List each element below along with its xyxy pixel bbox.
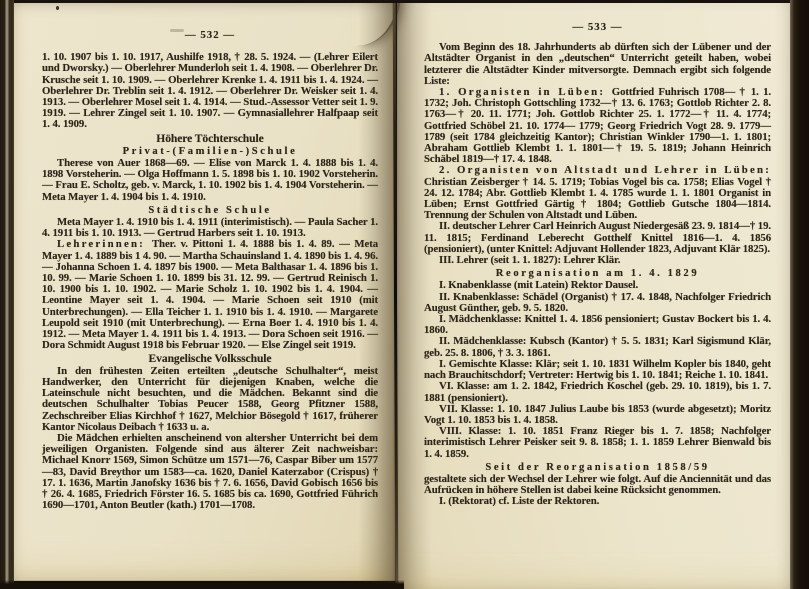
paragraph: VI. Klasse: am 1. 2. 1842, Friedrich Kos… [424,381,771,403]
left-page-blocks: 1. 10. 1907 bis 1. 10. 1917, Aushilfe 19… [42,52,378,511]
paragraph: I. Knabenklasse (mit Latein) Rektor Daus… [424,280,771,291]
paragraph: II. Knabenklasse: Schädel (Organist) † 1… [424,292,771,314]
scan-edge-top [0,0,809,3]
left-page-content: — 532 — 1. 10. 1907 bis 1. 10. 1917, Aus… [42,30,378,511]
paragraph-lead: 2. Organisten von Altstadt und Lehrer in… [439,164,771,176]
right-page-content: — 533 — Vom Beginn des 18. Jahrhunderts … [424,22,771,508]
page-number-right: — 533 — [424,22,771,33]
paragraph: Therese von Auer 1868—69. — Elise von Ma… [42,158,378,203]
paragraph: 1. Organisten in Lüben: Gottfried Fuhris… [424,87,771,165]
paragraph: Meta Mayer 1. 4. 1910 bis 1. 4. 1911 (in… [42,217,378,239]
section-heading: Evangelische Volksschule [42,353,378,364]
paragraph: Vom Beginn des 18. Jahrhunderts ab dürft… [424,42,771,87]
paragraph: II. deutscher Lehrer Carl Heinrich Augus… [424,221,771,255]
paragraph: Die Mädchen erhielten anscheinend von al… [42,433,378,511]
paragraph: In den frühesten Zeiten erteilten „deuts… [42,366,378,433]
paragraph: I. Mädchenklasse: Knittel 1. 4. 1856 pen… [424,314,771,336]
scan-speck [170,29,184,32]
section-heading: Seit der Reorganisation 1858/59 [424,462,771,473]
page-number-left: — 532 — [42,30,378,41]
paragraph: VII. Klasse: 1. 10. 1847 Julius Laube bi… [424,404,771,426]
paragraph: I. Gemischte Klasse: Klär; seit 1. 10. 1… [424,359,771,381]
paragraph-lead: Lehrerinnen: [57,238,152,250]
book-spine-edge-left [0,0,14,589]
scan-speck [56,6,59,10]
paragraph: 2. Organisten von Altstadt und Lehrer in… [424,165,771,221]
scan-edge-bottom [0,580,404,589]
section-heading: Höhere Töchterschule [42,133,378,144]
paragraph-lead: 1. Organisten in Lüben: [439,86,612,98]
paragraph: Lehrerinnen: Ther. v. Pittoni 1. 4. 1888… [42,239,378,351]
paragraph: I. (Rektorat) cf. Liste der Rektoren. [424,496,771,507]
paragraph: III. Lehrer (seit 1. 1. 1827): Lehrer Kl… [424,255,771,266]
scan-speck [584,57,588,59]
paragraph: 1. 10. 1907 bis 1. 10. 1917, Aushilfe 19… [42,52,378,130]
section-heading: Städtische Schule [42,205,378,216]
book-scan: — 532 — 1. 10. 1907 bis 1. 10. 1917, Aus… [0,0,809,589]
paragraph: VIII. Klasse: 1. 10. 1851 Franz Rieger b… [424,426,771,460]
paragraph: II. Mädchenklasse: Kubsch (Kantor) † 5. … [424,336,771,358]
section-heading: Privat-(Familien-)Schule [42,146,378,157]
book-edge-right [790,0,809,589]
paragraph: gestaltete sich der Wechsel der Lehrer w… [424,474,771,496]
section-heading: Reorganisation am 1. 4. 1829 [424,268,771,279]
right-page-blocks: Vom Beginn des 18. Jahrhunderts ab dürft… [424,42,771,507]
